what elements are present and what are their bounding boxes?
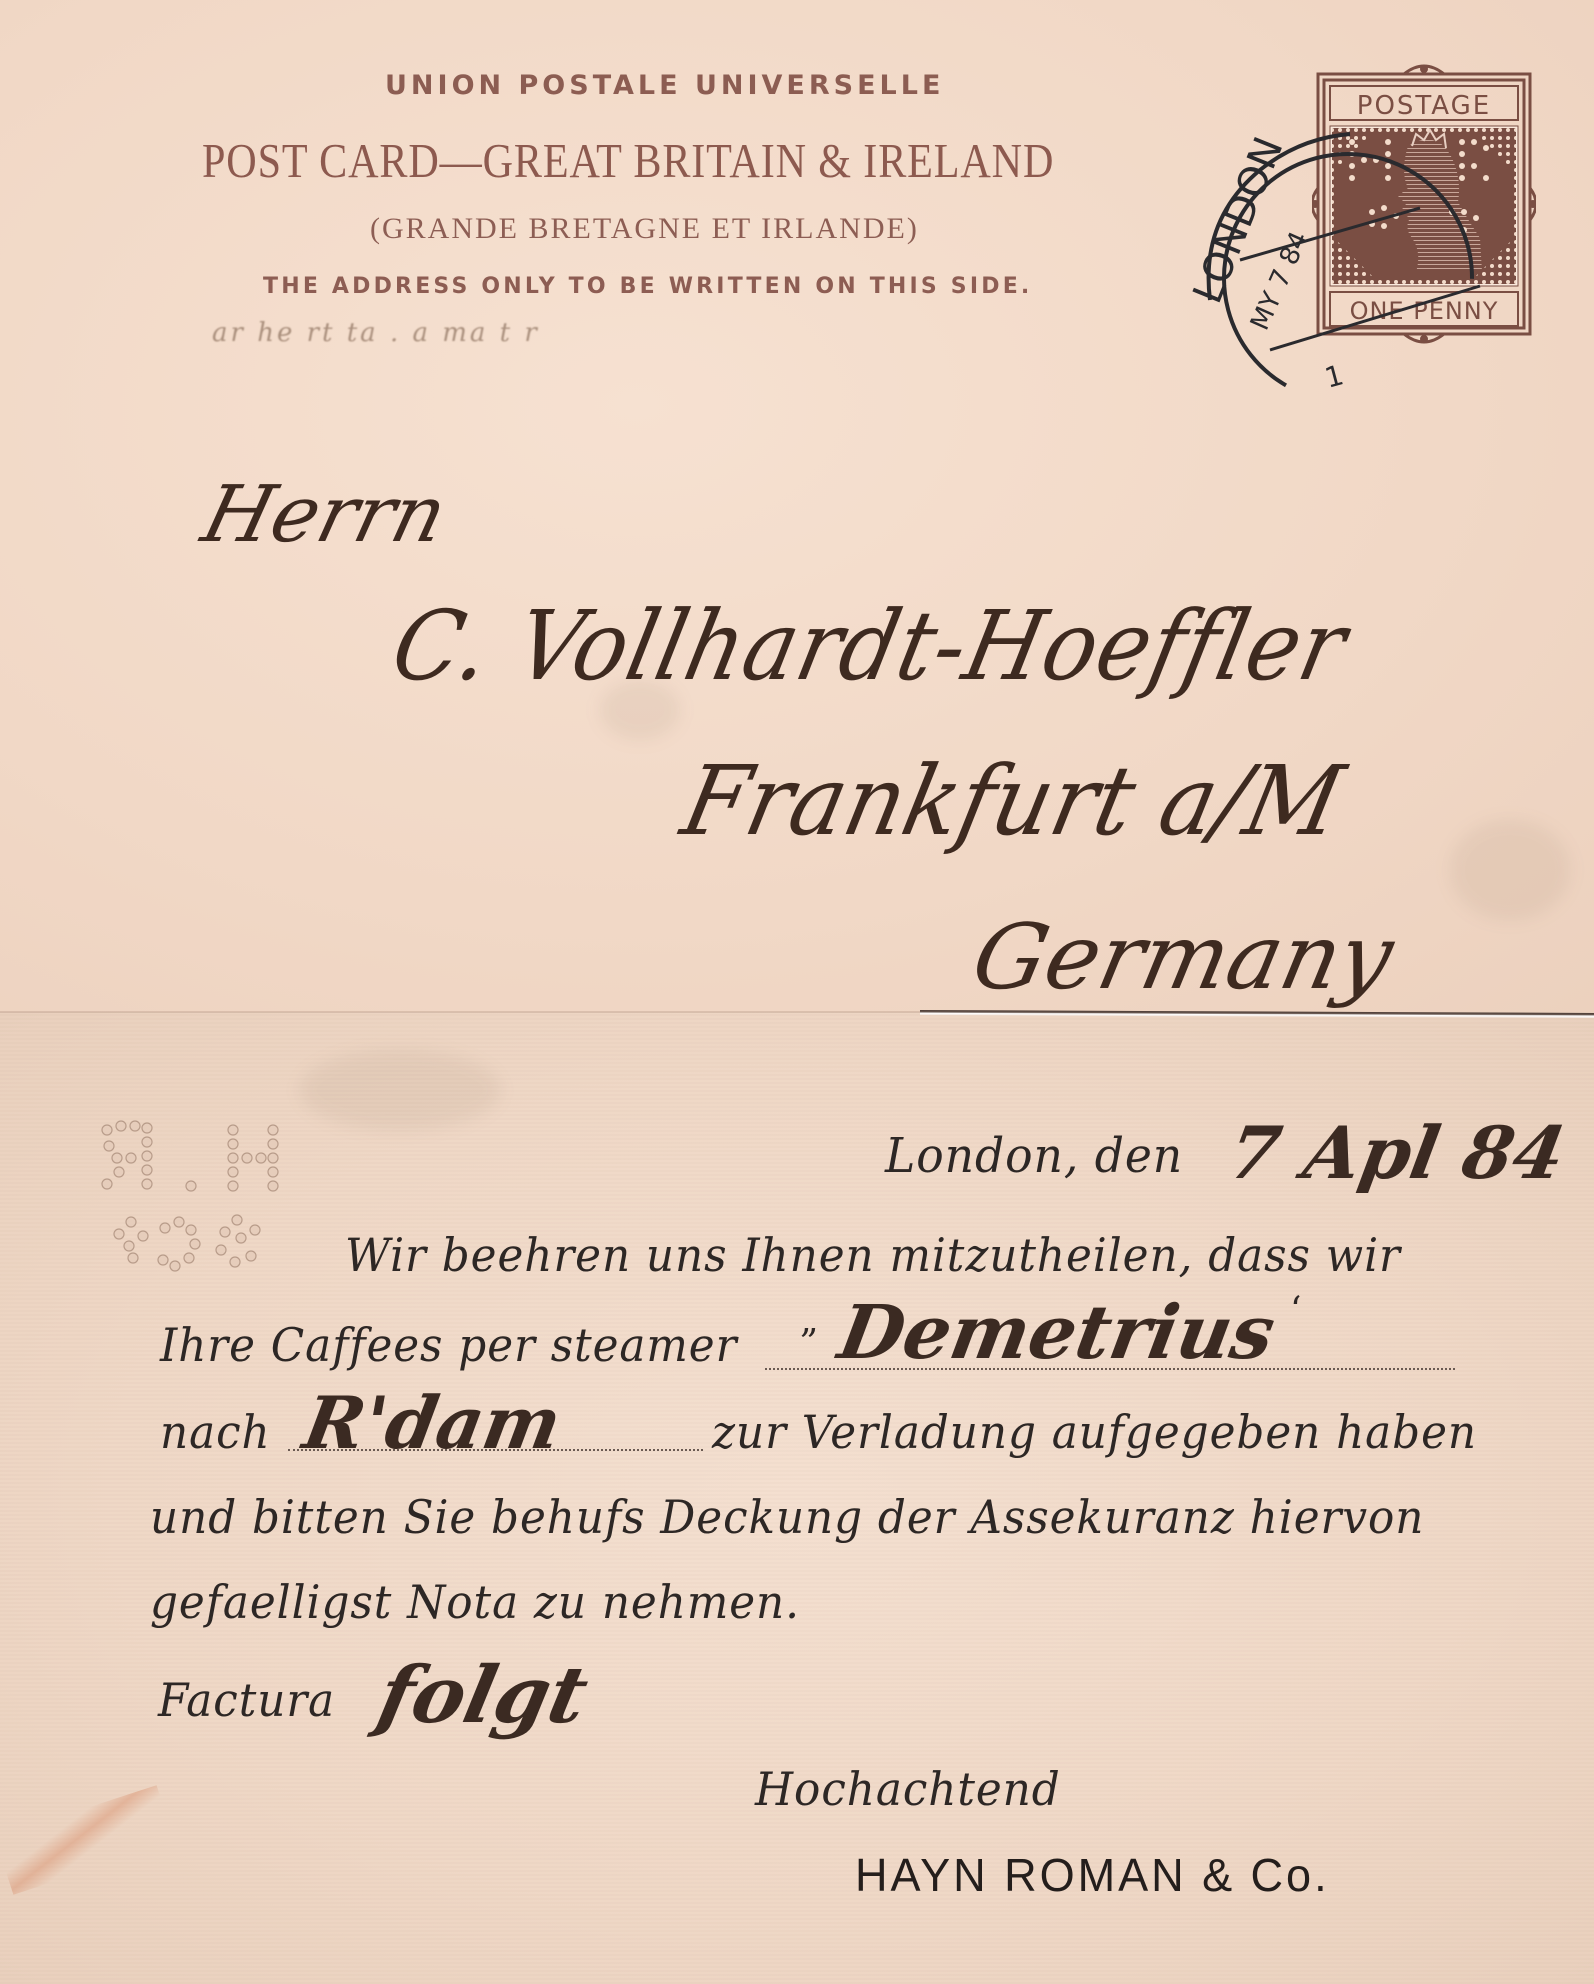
svg-text:1: 1 (1321, 358, 1347, 394)
message-line-5: gefaelligst Nota zu nehmen. (150, 1575, 800, 1629)
ink-offset-scribble: ar he rt ta . a ma t r (212, 318, 662, 358)
place-prefix: London, den (885, 1128, 1183, 1184)
factura-value: folgt (370, 1650, 595, 1741)
recipient-name: C. Vollhardt-Hoeffler (383, 590, 1356, 702)
recipient-country: Germany (964, 905, 1402, 1010)
open-quote: „ (800, 1300, 819, 1341)
address-instruction: THE ADDRESS ONLY TO BE WRITTEN ON THIS S… (263, 274, 1032, 299)
postmark-cancel-icon: LONDON MY 7 84 1 (1180, 110, 1540, 410)
closing-salutation: Hochachtend (755, 1762, 1061, 1816)
london-postmark: LONDON MY 7 84 1 (1180, 110, 1540, 410)
fold-line (0, 1011, 920, 1013)
perforated-initials-icon (95, 1118, 305, 1288)
firm-name: HAYN ROMAN & Co. (855, 1848, 1330, 1902)
factura-label: Factura (158, 1673, 335, 1727)
message-line-4: und bitten Sie behufs Deckung der Asseku… (150, 1490, 1424, 1544)
handwritten-date: 7 Apl 84 (1223, 1110, 1572, 1195)
message-line-2: Ihre Caffees per steamer (160, 1318, 737, 1372)
postcard-subtitle: (GRANDE BRETAGNE ET IRLANDE) (370, 212, 919, 246)
message-line-1: Wir beehren uns Ihnen mitzutheilen, dass… (345, 1228, 1401, 1282)
address-salutation: Herrn (194, 470, 455, 560)
postcard-title: POST CARD—GREAT BRITAIN & IRELAND (202, 132, 1054, 189)
paper-stain (1450, 820, 1570, 920)
union-postale-heading: UNION POSTALE UNIVERSELLE (385, 70, 944, 101)
message-line-3-prefix: nach (160, 1405, 271, 1459)
steamer-name: Demetrius (832, 1290, 1281, 1376)
close-quote: ‘ (1290, 1290, 1301, 1331)
message-line-3-suffix: zur Verladung aufgegeben haben (712, 1405, 1477, 1459)
paper-stain (300, 1050, 500, 1130)
svg-text:MY 7 84: MY 7 84 (1245, 227, 1315, 335)
destination-port: R'dam (298, 1380, 568, 1465)
perfin-initials (95, 1118, 305, 1288)
recipient-city: Frankfurt a/M (673, 745, 1352, 857)
